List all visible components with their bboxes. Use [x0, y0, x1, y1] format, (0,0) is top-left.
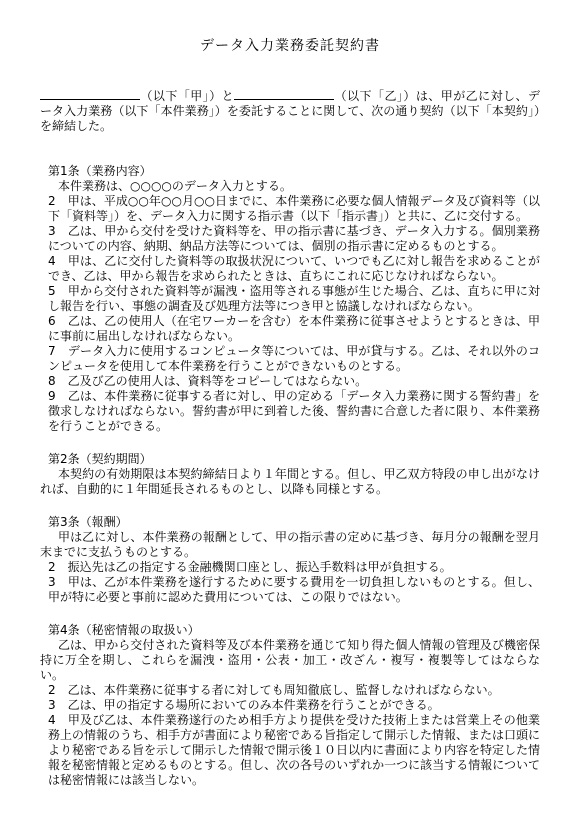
- clause-text: データ入力に使用するコンピュータ等については、甲が貸与する。乙は、それ以外のコン…: [48, 344, 540, 373]
- clause-item: 甲は乙に対し、本件業務の報酬として、甲の指示書の定めに基づき、毎月分の報酬を翌月…: [40, 530, 540, 560]
- clause-text: 乙は、本件業務に従事する者に対しても周知徹底し、監督しなければならない。: [68, 683, 500, 697]
- clause-text: 乙は、甲から交付された資料等及び本件業務を通じて知り得た個人情報の管理及び機密保…: [40, 638, 540, 682]
- clause-number: 2: [48, 560, 68, 574]
- clause-text: 乙は、甲から交付を受けた資料等を、甲の指示書に基づき、データ入力する。個別業務に…: [48, 224, 540, 253]
- opening-paragraph: （以下「甲」）と（以下「乙」）は、甲が乙に対し、データ入力業務（以下「本件業務」…: [40, 87, 540, 134]
- article-heading: 第1条（業務内容）: [40, 164, 540, 179]
- clause-item: 本契約の有効期限は本契約締結日より１年間とする。但し、甲乙双方特段の申し出がなけ…: [40, 467, 540, 497]
- clause-number: 3: [48, 575, 68, 589]
- clause-number: 3: [48, 224, 68, 238]
- clause-item: 7 データ入力に使用するコンピュータ等については、甲が貸与する。乙は、それ以外の…: [40, 344, 540, 374]
- clause-number: 2: [48, 194, 68, 208]
- clause-text: 甲は乙に対し、本件業務の報酬として、甲の指示書の定めに基づき、毎月分の報酬を翌月…: [40, 530, 540, 559]
- clause-number: 7: [48, 344, 68, 358]
- clause-number: 5: [48, 284, 68, 298]
- clause-item: 乙は、甲から交付された資料等及び本件業務を通じて知り得た個人情報の管理及び機密保…: [40, 638, 540, 683]
- clause-text: 甲は、平成○○年○○月○○日までに、本件業務に必要な個人情報データ及び資料等（以…: [48, 194, 540, 223]
- article-heading: 第3条（報酬）: [40, 515, 540, 530]
- contract-document-page: データ入力業務委託契約書 （以下「甲」）と（以下「乙」）は、甲が乙に対し、データ…: [0, 0, 582, 829]
- clause-item: 3 乙は、甲から交付を受けた資料等を、甲の指示書に基づき、データ入力する。個別業…: [40, 224, 540, 254]
- clause-number: 8: [48, 374, 68, 388]
- clause-text: 本契約の有効期限は本契約締結日より１年間とする。但し、甲乙双方特段の申し出がなけ…: [40, 467, 540, 496]
- clause-number: 4: [48, 713, 68, 727]
- clause-item: 3 甲は、乙が本件業務を遂行するために要する費用を一切負担しないものとする。但し…: [40, 575, 540, 605]
- clause-number: 6: [48, 314, 68, 328]
- clause-item: 2 振込先は乙の指定する金融機関口座とし、振込手数料は甲が負担する。: [40, 560, 540, 575]
- article-heading: 第2条（契約期間）: [40, 452, 540, 467]
- article-section: 第1条（業務内容）本件業務は、○○○○のデータ入力とする。2 甲は、平成○○年○…: [40, 164, 540, 434]
- articles-container: 第1条（業務内容）本件業務は、○○○○のデータ入力とする。2 甲は、平成○○年○…: [40, 164, 540, 788]
- clause-number: 2: [48, 683, 68, 697]
- document-title: データ入力業務委託契約書: [40, 38, 540, 54]
- clause-text: 本件業務は、○○○○のデータ入力とする。: [58, 179, 292, 193]
- clause-text: 振込先は乙の指定する金融機関口座とし、振込手数料は甲が負担する。: [68, 560, 452, 574]
- clause-text: 甲から交付された資料等が漏洩・盗用等される事態が生じた場合、乙は、直ちに甲に対し…: [48, 284, 540, 313]
- clause-text: 甲は、乙が本件業務を遂行するために要する費用を一切負担しないものとする。但し、甲…: [48, 575, 540, 604]
- clause-item: 9 乙は、本件業務に従事する者に対し、甲の定める「データ入力業務に関する誓約書」…: [40, 389, 540, 434]
- clause-item: 5 甲から交付された資料等が漏洩・盗用等される事態が生じた場合、乙は、直ちに甲に…: [40, 284, 540, 314]
- clause-item: 2 甲は、平成○○年○○月○○日までに、本件業務に必要な個人情報データ及び資料等…: [40, 194, 540, 224]
- clause-item: 本件業務は、○○○○のデータ入力とする。: [40, 179, 540, 194]
- clause-item: 4 甲は、乙に交付した資料等の取扱状況について、いつでも乙に対し報告を求めること…: [40, 254, 540, 284]
- opening-text-party-a: （以下「甲」）と: [140, 89, 234, 103]
- clause-text: 甲は、乙に交付した資料等の取扱状況について、いつでも乙に対し報告を求めることがで…: [48, 254, 540, 283]
- article-heading: 第4条（秘密情報の取扱い）: [40, 623, 540, 638]
- party-b-blank-field: [234, 87, 334, 100]
- clause-text: 乙及び乙の使用人は、資料等をコピーしてはならない。: [68, 374, 368, 388]
- party-a-blank-field: [40, 87, 140, 100]
- clause-item: 8 乙及び乙の使用人は、資料等をコピーしてはならない。: [40, 374, 540, 389]
- article-section: 第4条（秘密情報の取扱い）乙は、甲から交付された資料等及び本件業務を通じて知り得…: [40, 623, 540, 788]
- clause-text: 乙は、乙の使用人（在宅ワーカーを含む）を本件業務に従事させようとするときは、甲に…: [48, 314, 540, 343]
- clause-item: 3 乙は、甲の指定する場所においてのみ本件業務を行うことができる。: [40, 698, 540, 713]
- clause-text: 乙は、甲の指定する場所においてのみ本件業務を行うことができる。: [68, 698, 440, 712]
- clause-item: 6 乙は、乙の使用人（在宅ワーカーを含む）を本件業務に従事させようとするときは、…: [40, 314, 540, 344]
- clause-number: 4: [48, 254, 68, 268]
- article-section: 第2条（契約期間）本契約の有効期限は本契約締結日より１年間とする。但し、甲乙双方…: [40, 452, 540, 497]
- clause-number: 9: [48, 389, 68, 403]
- article-section: 第3条（報酬）甲は乙に対し、本件業務の報酬として、甲の指示書の定めに基づき、毎月…: [40, 515, 540, 605]
- clause-text: 乙は、本件業務に従事する者に対し、甲の定める「データ入力業務に関する誓約書」を徴…: [48, 389, 540, 433]
- clause-text: 甲及び乙は、本件業務遂行のため相手方より提供を受けた技術上または営業上その他業務…: [48, 713, 540, 787]
- clause-number: 3: [48, 698, 68, 712]
- clause-item: 2 乙は、本件業務に従事する者に対しても周知徹底し、監督しなければならない。: [40, 683, 540, 698]
- clause-item: 4 甲及び乙は、本件業務遂行のため相手方より提供を受けた技術上または営業上その他…: [40, 713, 540, 788]
